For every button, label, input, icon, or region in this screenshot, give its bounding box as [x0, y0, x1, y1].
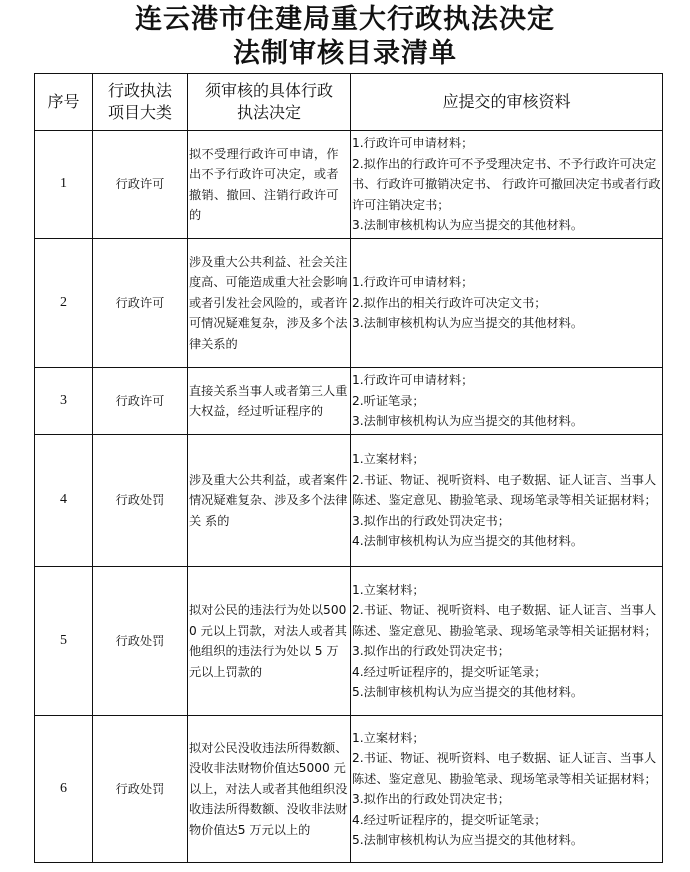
- row-decision: 拟对公民的违法行为处以5000 元以上罚款，对法人或者其他组织的违法行为处以 5…: [188, 567, 351, 716]
- row-decision: 涉及重大公共利益，或者案件情况疑难复杂、涉及多个法律关 系的: [188, 435, 351, 567]
- table-row: 6 行政处罚 拟对公民没收违法所得数额、没收非法财物价值达5000 元以上，对法…: [35, 716, 663, 863]
- row-materials: 1.立案材料； 2.书证、物证、视听资料、电子数据、证人证言、当事人陈述、鉴定意…: [351, 716, 663, 863]
- material-item: 2.书证、物证、视听资料、电子数据、证人证言、当事人陈述、鉴定意见、勘验笔录、现…: [352, 470, 662, 511]
- material-item: 1.行政许可申请材料；: [352, 133, 662, 154]
- row-decision: 拟对公民没收违法所得数额、没收非法财物价值达5000 元以上，对法人或者其他组织…: [188, 716, 351, 863]
- header-category-line1: 行政执法: [93, 80, 187, 102]
- table-row: 4 行政处罚 涉及重大公共利益，或者案件情况疑难复杂、涉及多个法律关 系的 1.…: [35, 435, 663, 567]
- row-seq: 4: [35, 435, 93, 567]
- row-seq: 1: [35, 131, 93, 239]
- material-item: 2.拟作出的相关行政许可决定文书；: [352, 293, 662, 314]
- row-decision: 拟不受理行政许可申请，作出不予行政许可决定，或者撤销、撤回、注销行政许可的: [188, 131, 351, 239]
- material-item: 1.立案材料；: [352, 449, 662, 470]
- row-category: 行政许可: [93, 239, 188, 368]
- table-row: 2 行政许可 涉及重大公共利益、社会关注度高、可能造成重大社会影响或者引发社会风…: [35, 239, 663, 368]
- header-seq: 序号: [35, 74, 93, 131]
- row-category: 行政许可: [93, 368, 188, 435]
- document-title-line2: 法制审核目录清单: [0, 37, 690, 71]
- row-materials: 1.行政许可申请材料； 2.拟作出的行政许可不予受理决定书、不予行政许可决定书、…: [351, 131, 663, 239]
- material-item: 3.法制审核机构认为应当提交的其他材料。: [352, 215, 662, 236]
- row-decision: 涉及重大公共利益、社会关注度高、可能造成重大社会影响或者引发社会风险的，或者许可…: [188, 239, 351, 368]
- document-title-line1: 连云港市住建局重大行政执法决定: [0, 3, 690, 37]
- material-item: 1.行政许可申请材料；: [352, 272, 662, 293]
- row-seq: 5: [35, 567, 93, 716]
- row-materials: 1.立案材料； 2.书证、物证、视听资料、电子数据、证人证言、当事人陈述、鉴定意…: [351, 435, 663, 567]
- material-item: 3.法制审核机构认为应当提交的其他材料。: [352, 313, 662, 334]
- material-item: 1.立案材料；: [352, 580, 662, 601]
- row-category: 行政许可: [93, 131, 188, 239]
- row-seq: 6: [35, 716, 93, 863]
- header-materials: 应提交的审核资料: [351, 74, 663, 131]
- material-item: 5.法制审核机构认为应当提交的其他材料。: [352, 830, 662, 851]
- material-item: 2.拟作出的行政许可不予受理决定书、不予行政许可决定书、行政许可撤销决定书、 行…: [352, 154, 662, 216]
- row-materials: 1.立案材料； 2.书证、物证、视听资料、电子数据、证人证言、当事人陈述、鉴定意…: [351, 567, 663, 716]
- review-catalog-table: 序号 行政执法 项目大类 须审核的具体行政 执法决定 应提交的审核资料 1 行政…: [34, 73, 663, 863]
- header-decision-line1: 须审核的具体行政: [188, 80, 350, 102]
- row-category: 行政处罚: [93, 567, 188, 716]
- row-seq: 3: [35, 368, 93, 435]
- header-seq-label: 序号: [47, 92, 79, 111]
- header-category-line2: 项目大类: [93, 102, 187, 124]
- material-item: 4.经过听证程序的，提交听证笔录；: [352, 810, 662, 831]
- header-decision: 须审核的具体行政 执法决定: [188, 74, 351, 131]
- header-materials-label: 应提交的审核资料: [442, 92, 570, 111]
- material-item: 4.法制审核机构认为应当提交的其他材料。: [352, 531, 662, 552]
- material-item: 3.拟作出的行政处罚决定书；: [352, 789, 662, 810]
- material-item: 3.拟作出的行政处罚决定书；: [352, 641, 662, 662]
- material-item: 5.法制审核机构认为应当提交的其他材料。: [352, 682, 662, 703]
- row-category: 行政处罚: [93, 716, 188, 863]
- material-item: 2.听证笔录；: [352, 391, 662, 412]
- material-item: 2.书证、物证、视听资料、电子数据、证人证言、当事人陈述、鉴定意见、勘验笔录、现…: [352, 748, 662, 789]
- material-item: 1.立案材料；: [352, 728, 662, 749]
- material-item: 2.书证、物证、视听资料、电子数据、证人证言、当事人陈述、鉴定意见、勘验笔录、现…: [352, 600, 662, 641]
- row-decision: 直接关系当事人或者第三人重大权益，经过听证程序的: [188, 368, 351, 435]
- table-row: 3 行政许可 直接关系当事人或者第三人重大权益，经过听证程序的 1.行政许可申请…: [35, 368, 663, 435]
- row-seq: 2: [35, 239, 93, 368]
- material-item: 4.经过听证程序的，提交听证笔录；: [352, 662, 662, 683]
- header-category: 行政执法 项目大类: [93, 74, 188, 131]
- material-item: 3.拟作出的行政处罚决定书；: [352, 511, 662, 532]
- table-header-row: 序号 行政执法 项目大类 须审核的具体行政 执法决定 应提交的审核资料: [35, 74, 663, 131]
- material-item: 3.法制审核机构认为应当提交的其他材料。: [352, 411, 662, 432]
- row-materials: 1.行政许可申请材料； 2.听证笔录； 3.法制审核机构认为应当提交的其他材料。: [351, 368, 663, 435]
- table-row: 5 行政处罚 拟对公民的违法行为处以5000 元以上罚款，对法人或者其他组织的违…: [35, 567, 663, 716]
- table-row: 1 行政许可 拟不受理行政许可申请，作出不予行政许可决定，或者撤销、撤回、注销行…: [35, 131, 663, 239]
- row-category: 行政处罚: [93, 435, 188, 567]
- material-item: 1.行政许可申请材料；: [352, 370, 662, 391]
- header-decision-line2: 执法决定: [188, 102, 350, 124]
- row-materials: 1.行政许可申请材料； 2.拟作出的相关行政许可决定文书； 3.法制审核机构认为…: [351, 239, 663, 368]
